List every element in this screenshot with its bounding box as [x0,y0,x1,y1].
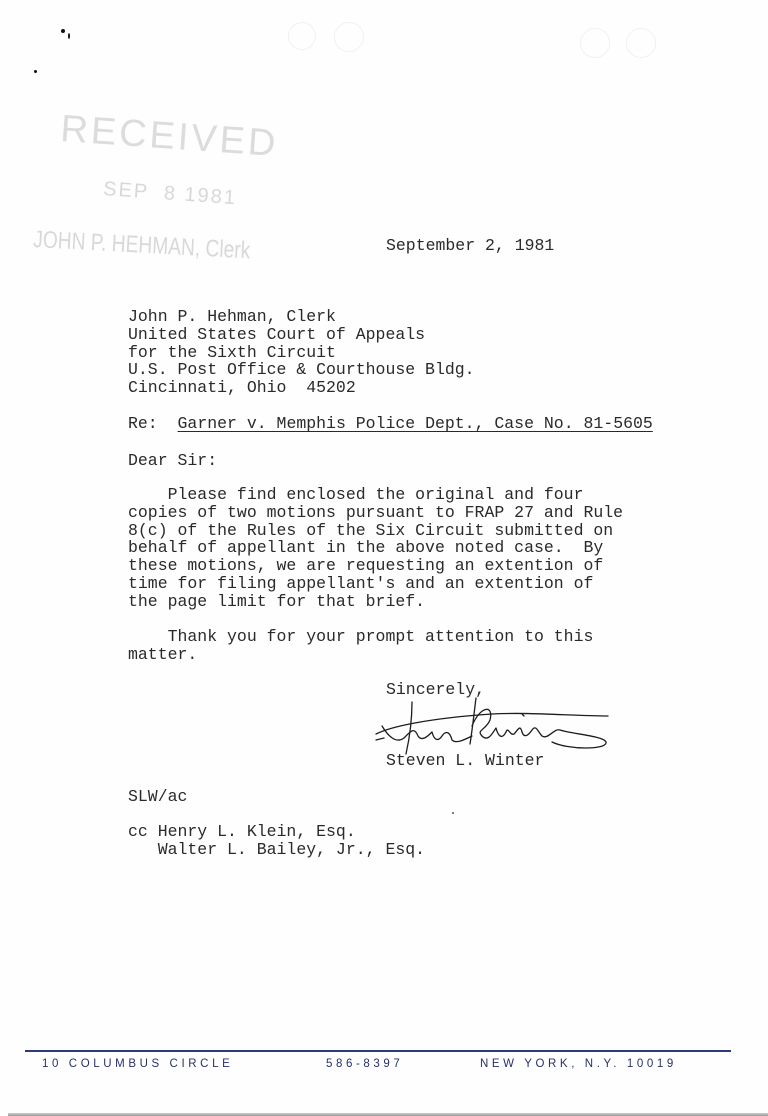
footer-phone: 586-8397 [326,1058,403,1070]
recipient-line: United States Court of Appeals [128,326,475,344]
body-line: behalf of appellant in the above noted c… [128,539,623,557]
ink-speck [68,33,70,39]
handwritten-signature [372,696,612,758]
body-line: matter. [128,646,593,664]
cc-line: Walter L. Bailey, Jr., Esq. [128,841,425,859]
signer-name: Steven L. Winter [386,752,544,770]
punch-hole-mark [334,22,364,52]
salutation: Dear Sir: [128,452,217,470]
ink-speck [61,29,65,33]
body-line: the page limit for that brief. [128,593,623,611]
received-stamp-clerk: JOHN P. HEHMAN, Clerk [33,226,251,265]
re-line: Re: Garner v. Memphis Police Dept., Case… [128,415,653,433]
ink-speck [34,70,37,73]
body-paragraph-2: Thank you for your prompt attention to t… [128,628,593,664]
recipient-line: U.S. Post Office & Courthouse Bldg. [128,361,475,379]
footer-city: NEW YORK, N.Y. 10019 [480,1058,677,1070]
letter-page: RECEIVED SEP 8 1981 JOHN P. HEHMAN, Cler… [0,0,768,1116]
received-stamp-date: SEP 8 1981 [102,178,237,210]
re-subject: Garner v. Memphis Police Dept., Case No.… [178,414,653,433]
punch-hole-mark [288,22,316,50]
recipient-line: John P. Hehman, Clerk [128,308,475,326]
cc-list: cc Henry L. Klein, Esq. Walter L. Bailey… [128,823,425,859]
typist-initials: SLW/ac [128,788,187,806]
footer-address: 10 COLUMBUS CIRCLE [42,1058,233,1070]
body-line: time for filing appellant's and an exten… [128,575,623,593]
received-stamp: RECEIVED [59,108,280,166]
punch-hole-mark [626,28,656,58]
body-paragraph-1: Please find enclosed the original and fo… [128,486,623,611]
body-line: copies of two motions pursuant to FRAP 2… [128,504,623,522]
body-line: 8(c) of the Rules of the Six Circuit sub… [128,522,623,540]
punch-hole-mark [580,28,610,58]
recipient-line: Cincinnati, Ohio 45202 [128,379,475,397]
letter-date: September 2, 1981 [386,237,554,255]
body-line: Thank you for your prompt attention to t… [128,628,593,646]
footer-rule [25,1050,731,1052]
ink-speck [452,812,454,814]
recipient-line: for the Sixth Circuit [128,344,475,362]
body-line: Please find enclosed the original and fo… [128,486,623,504]
recipient-address: John P. Hehman, Clerk United States Cour… [128,308,475,397]
re-label: Re: [128,414,158,433]
cc-line: cc Henry L. Klein, Esq. [128,823,425,841]
body-line: these motions, we are requesting an exte… [128,557,623,575]
